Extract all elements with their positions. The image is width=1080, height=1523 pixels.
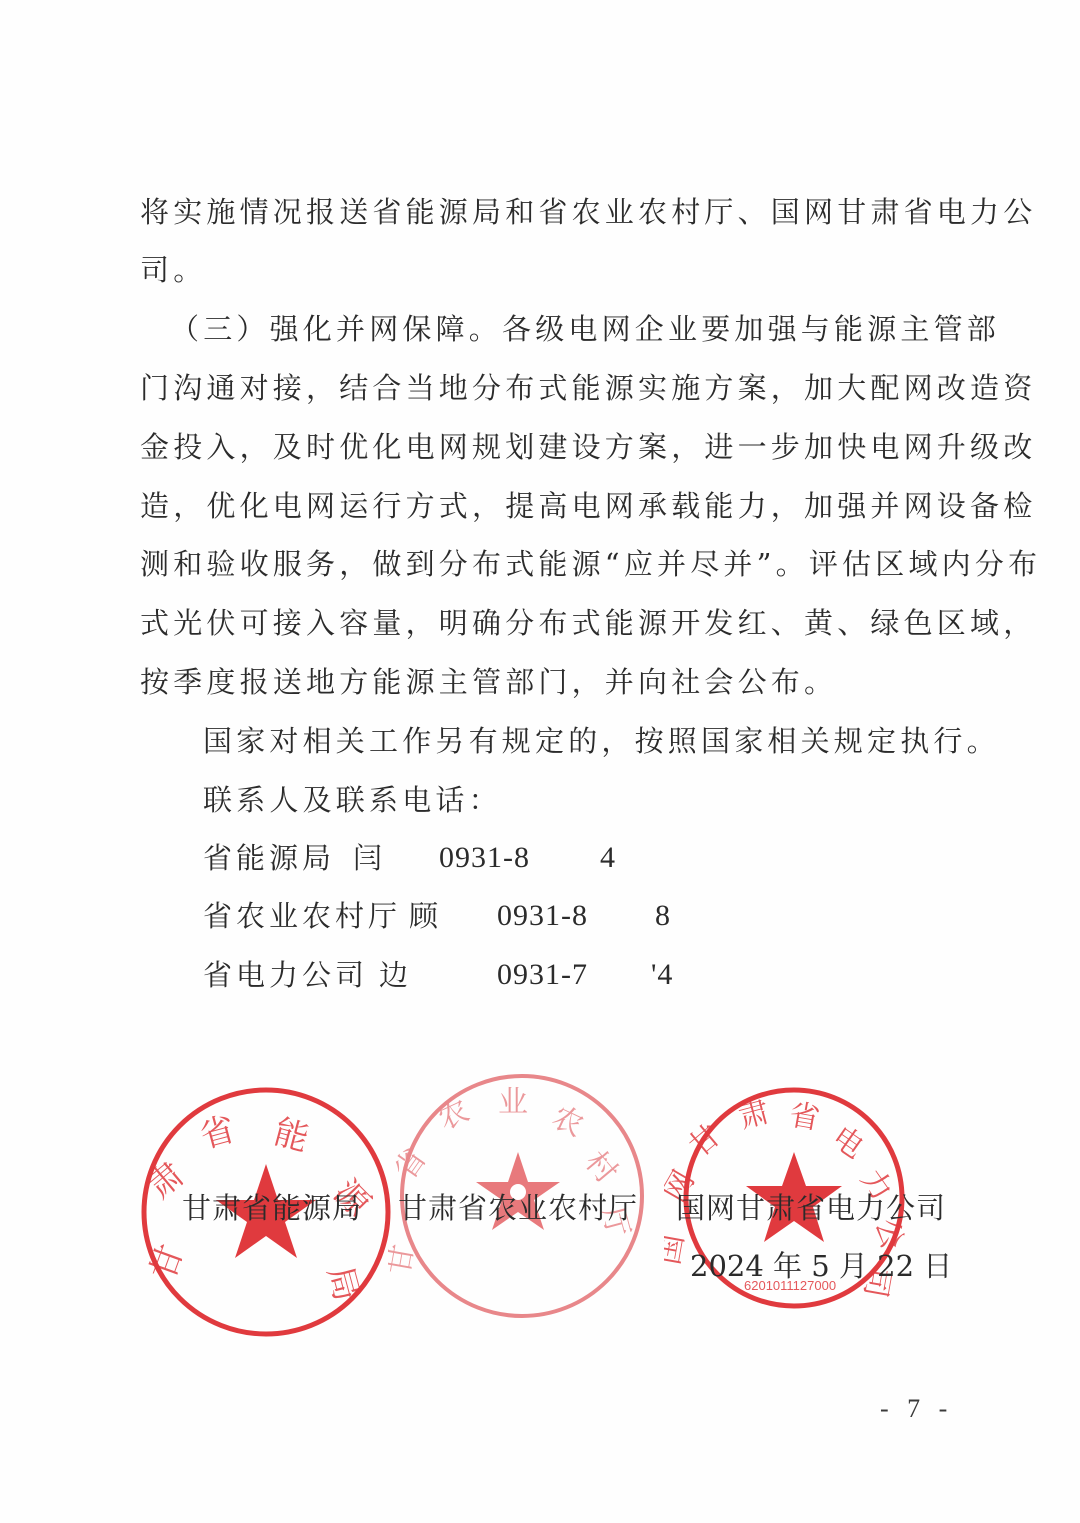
contact-person: 顾 — [409, 896, 438, 936]
document-date: 2024 年 5 月 22 日 — [690, 1246, 952, 1286]
svg-text:省: 省 — [388, 1142, 434, 1187]
svg-text:甘: 甘 — [388, 1242, 421, 1278]
contact-row-power-company: 省电力公司 边 0931-7 '4 — [203, 955, 903, 995]
contact-phone-prefix: 0931-8 — [497, 896, 588, 936]
svg-text:甘: 甘 — [683, 1118, 728, 1164]
contact-phone-prefix: 0931-7 — [497, 955, 588, 995]
body-line-7: 测和验收服务，做到分布式能源“应并尽并”。评估区域内分布 — [140, 544, 1041, 584]
contact-phone-suffix: '4 — [651, 955, 673, 995]
page-number: - 7 - — [880, 1394, 953, 1424]
contact-org: 省电力公司 — [203, 955, 368, 995]
svg-text:局: 局 — [319, 1262, 366, 1305]
svg-text:电: 电 — [825, 1120, 870, 1166]
contact-phone-prefix: 0931-8 — [439, 838, 530, 878]
contact-row-energy-bureau: 省能源局 闫 0931-8 4 — [203, 838, 903, 878]
contacts-heading: 联系人及联系电话： — [203, 780, 502, 820]
section-heading-line: （三）强化并网保障。各级电网企业要加强与能源主管部 — [170, 309, 1000, 349]
body-line-5: 金投入，及时优化电网规划建设方案，进一步加快电网升级改 — [140, 427, 1036, 467]
svg-text:省: 省 — [787, 1097, 823, 1137]
signatory-energy-bureau: 甘肃省能源局 — [182, 1188, 362, 1228]
signatory-power-company: 国网甘肃省电力公司 — [676, 1188, 946, 1228]
contact-phone-suffix: 4 — [600, 838, 616, 878]
contact-person: 边 — [379, 955, 408, 995]
document-page: 将实施情况报送省能源局和省农业农村厅、国网甘肃省电力公 司。 （三）强化并网保障… — [0, 0, 1080, 1523]
body-line-1: 将实施情况报送省能源局和省农业农村厅、国网甘肃省电力公 — [140, 192, 1036, 232]
contact-person: 闫 — [353, 838, 382, 878]
body-line-9: 按季度报送地方能源主管部门，并向社会公布。 — [140, 662, 837, 702]
svg-text:业: 业 — [498, 1085, 528, 1120]
svg-text:农: 农 — [433, 1093, 475, 1137]
body-line-4: 门沟通对接，结合当地分布式能源实施方案，加大配网改造资 — [140, 368, 1036, 408]
contact-org: 省农业农村厅 — [203, 896, 401, 936]
contact-org: 省能源局 — [203, 838, 335, 878]
svg-text:农: 农 — [547, 1100, 589, 1144]
svg-text:村: 村 — [578, 1145, 624, 1190]
contact-row-agriculture-dept: 省农业农村厅 顾 0931-8 8 — [203, 896, 903, 936]
body-line-2: 司。 — [140, 250, 206, 290]
svg-text:省: 省 — [196, 1109, 239, 1156]
signatory-agriculture-dept: 甘肃省农业农村厅 — [398, 1188, 638, 1228]
svg-text:能: 能 — [270, 1112, 313, 1159]
svg-text:肃: 肃 — [735, 1094, 773, 1136]
body-line-6: 造，优化电网运行方式，提高电网承载能力，加强并网设备检 — [140, 486, 1036, 526]
contact-phone-suffix: 8 — [655, 896, 671, 936]
svg-text:国: 国 — [664, 1232, 691, 1268]
body-line-10: 国家对相关工作另有规定的，按照国家相关规定执行。 — [203, 721, 1000, 761]
body-line-8: 式光伏可接入容量，明确分布式能源开发红、黄、绿色区域， — [140, 603, 1036, 643]
